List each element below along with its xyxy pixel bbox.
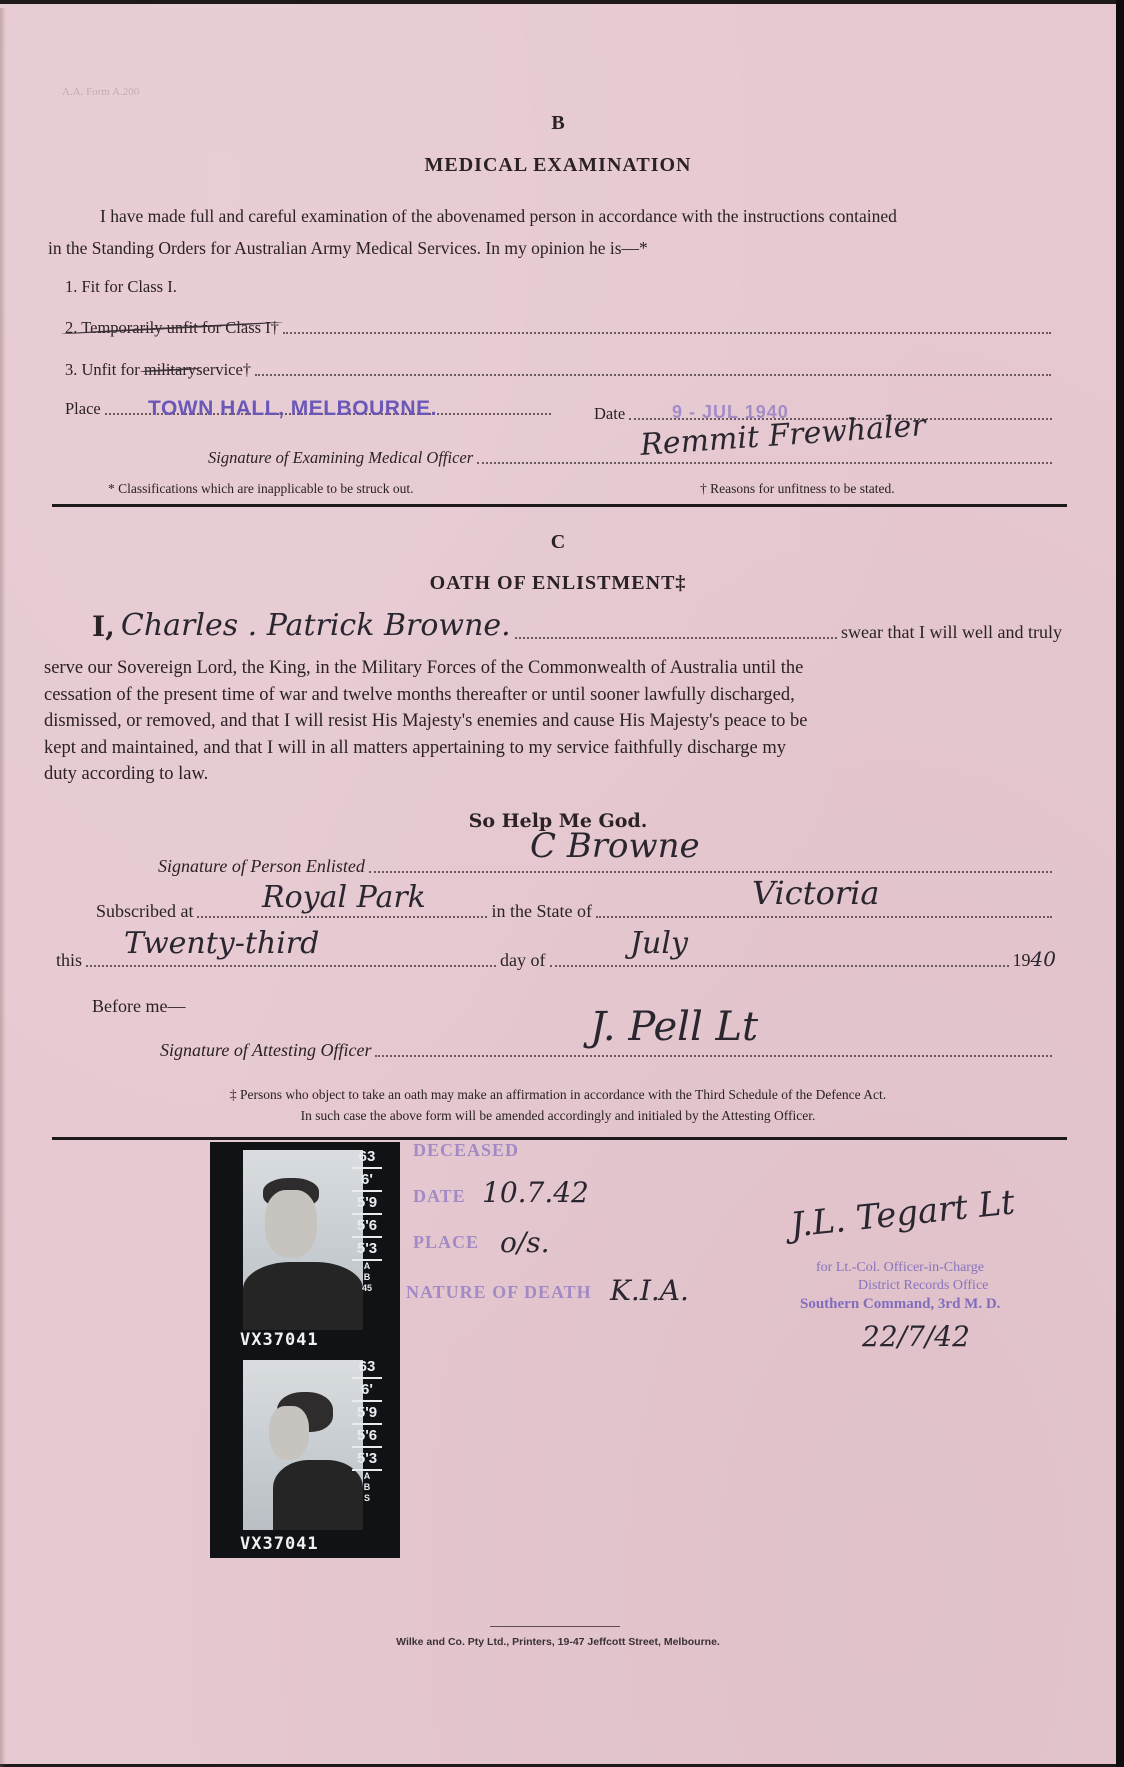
oath-title: OATH OF ENLISTMENT‡ bbox=[0, 572, 1116, 595]
subscribed-place: Royal Park bbox=[262, 880, 426, 915]
dotted-line bbox=[550, 964, 1009, 967]
oath-text-line2: serve our Sovereign Lord, the King, in t… bbox=[44, 654, 1074, 683]
front-portrait-photo bbox=[243, 1150, 363, 1330]
option-unfit-military: 3. Unfit for military service† bbox=[65, 360, 1055, 380]
dotted-line bbox=[515, 636, 837, 639]
enlisted-signature: C Browne bbox=[530, 826, 700, 866]
attestation-form-page: A.A. Form A.200 B MEDICAL EXAMINATION I … bbox=[0, 4, 1116, 1764]
section-b-letter: B bbox=[0, 112, 1116, 135]
death-place-label: PLACE bbox=[413, 1232, 479, 1253]
death-place-value: o/s. bbox=[500, 1226, 550, 1259]
section-c-letter: C bbox=[0, 531, 1116, 554]
service-number-profile: VX37041 bbox=[240, 1534, 380, 1554]
year-suffix: 40 bbox=[1031, 947, 1056, 971]
medical-intro-line2: in the Standing Orders for Australian Ar… bbox=[48, 234, 1048, 263]
binding-shadow bbox=[0, 8, 6, 1767]
oath-footnote-line2: In such case the above form will be amen… bbox=[0, 1108, 1116, 1124]
before-me-label: Before me— bbox=[92, 996, 185, 1017]
records-stamp-line2: District Records Office bbox=[858, 1278, 988, 1294]
medical-footnote-right: † Reasons for unfitness to be stated. bbox=[700, 481, 895, 497]
medical-intro-line1: I have made full and careful examination… bbox=[100, 202, 1080, 231]
day-of-label: day of bbox=[500, 950, 545, 971]
dotted-line bbox=[375, 1054, 1052, 1057]
section-divider bbox=[52, 504, 1067, 507]
attesting-signature-label: Signature of Attesting Officer bbox=[160, 1040, 371, 1061]
place-stamp: TOWN HALL, MELBOURNE. bbox=[148, 397, 437, 421]
medical-officer-signature-field: Signature of Examining Medical Officer bbox=[208, 448, 1056, 468]
option-3-suffix: service† bbox=[196, 360, 251, 380]
enlistee-name: Charles . Patrick Browne. bbox=[121, 608, 511, 643]
nature-of-death-label: NATURE OF DEATH bbox=[406, 1282, 592, 1303]
dotted-line bbox=[255, 373, 1051, 376]
state-label: in the State of bbox=[491, 901, 591, 922]
nature-of-death-value: K.I.A. bbox=[610, 1274, 689, 1307]
height-scale-front: 63 6' 5'9 5'6 5'3 A B 45 bbox=[352, 1146, 382, 1294]
place-label: Place bbox=[65, 399, 101, 419]
imprint-rule bbox=[490, 1626, 620, 1627]
attesting-signature: J. Pell Lt bbox=[590, 1004, 758, 1050]
subscribed-at-field: Subscribed at in the State of bbox=[96, 901, 1056, 922]
oath-text-line3: cessation of the present time of war and… bbox=[44, 681, 1074, 710]
identification-photo-strip: 63 6' 5'9 5'6 5'3 A B 45 VX37041 63 6' 5… bbox=[210, 1142, 400, 1558]
death-date-value: 10.7.42 bbox=[482, 1176, 589, 1209]
dotted-line bbox=[477, 461, 1052, 464]
option-2-label: 2. Temporarily unfit for Class I† bbox=[65, 318, 279, 338]
oath-footnote-line1: ‡ Persons who object to take an oath may… bbox=[0, 1087, 1116, 1103]
dotted-line bbox=[86, 964, 496, 967]
oath-text-line1: swear that I will well and truly bbox=[841, 622, 1062, 643]
deceased-stamp-heading: DECEASED bbox=[413, 1140, 519, 1161]
printer-imprint: Wilke and Co. Pty Ltd., Printers, 19-47 … bbox=[0, 1636, 1116, 1648]
oath-text-line5: kept and maintained, and that I will in … bbox=[44, 734, 1074, 763]
date-label: Date bbox=[594, 404, 625, 424]
enlisted-signature-label: Signature of Person Enlisted bbox=[158, 856, 365, 877]
oath-name-line: I, Charles . Patrick Browne. swear that … bbox=[92, 608, 1062, 643]
records-stamp-date: 22/7/42 bbox=[862, 1320, 970, 1353]
day-value: Twenty-third bbox=[124, 926, 319, 961]
medical-footnote-left: * Classifications which are inapplicable… bbox=[108, 481, 414, 497]
scan-edge bbox=[1116, 0, 1124, 1767]
dotted-line bbox=[283, 331, 1051, 334]
option-1-label: 1. Fit for Class I. bbox=[65, 277, 177, 297]
service-number-front: VX37041 bbox=[240, 1330, 380, 1350]
records-officer-signature: J.L. Tegart Lt bbox=[789, 1182, 1017, 1245]
option-3-prefix: 3. Unfit for bbox=[65, 360, 140, 380]
medical-examination-title: MEDICAL EXAMINATION bbox=[0, 154, 1116, 177]
records-stamp-line3: Southern Command, 3rd M. D. bbox=[800, 1296, 1000, 1313]
option-temp-unfit: 2. Temporarily unfit for Class I† bbox=[65, 318, 1055, 338]
height-scale-side: 63 6' 5'9 5'6 5'3 A B S bbox=[352, 1356, 382, 1504]
section-divider bbox=[52, 1137, 1067, 1140]
option-3-struck-word: military bbox=[144, 360, 196, 380]
dotted-line bbox=[369, 870, 1052, 873]
medical-officer-signature-label: Signature of Examining Medical Officer bbox=[208, 448, 473, 468]
month-value: July bbox=[630, 926, 688, 961]
option-fit-class-1: 1. Fit for Class I. bbox=[65, 277, 1055, 297]
faint-form-number: A.A. Form A.200 bbox=[62, 86, 139, 98]
this-label: this bbox=[56, 950, 82, 971]
dotted-line bbox=[197, 915, 487, 918]
oath-text-line4: dismissed, or removed, and that I will r… bbox=[44, 707, 1074, 736]
oath-text-line6: duty according to law. bbox=[44, 760, 1074, 789]
profile-portrait-photo bbox=[243, 1360, 363, 1530]
year-prefix: 19 bbox=[1013, 950, 1031, 971]
death-date-label: DATE bbox=[413, 1186, 466, 1207]
oath-pronoun: I, bbox=[92, 610, 115, 643]
subscribed-at-label: Subscribed at bbox=[96, 901, 193, 922]
state-value: Victoria bbox=[752, 874, 879, 912]
dotted-line bbox=[596, 915, 1052, 918]
records-stamp-line1: for Lt.-Col. Officer-in-Charge bbox=[816, 1260, 984, 1276]
